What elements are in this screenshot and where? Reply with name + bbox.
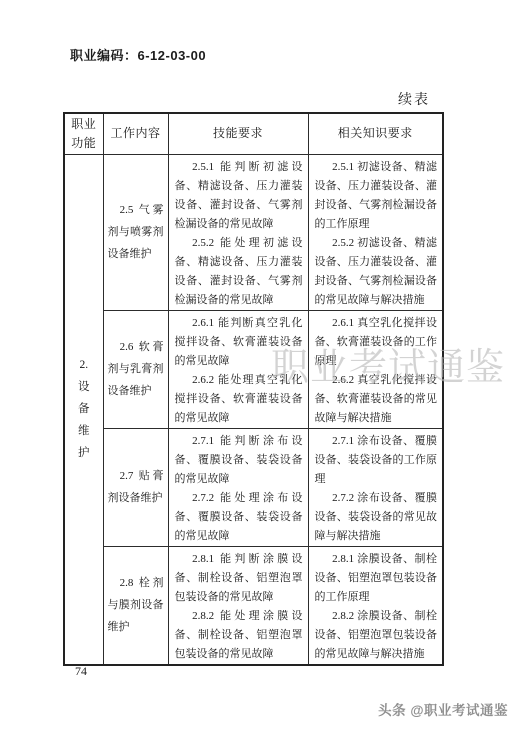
- col-header-skill-requirements: 技能要求: [168, 113, 308, 154]
- knowledge-item: 2.8.2 涂膜设备、制栓设备、铝塑泡罩包装设备的常见故障与解决措施: [315, 607, 438, 664]
- knowledge-cell: 2.8.1 涂膜设备、制栓设备、铝塑泡罩包装设备的工作原理 2.8.2 涂膜设备…: [308, 546, 443, 665]
- continued-table-label: 续表: [398, 89, 430, 109]
- skills-cell: 2.5.1 能判断初滤设备、精滤设备、压力灌装设备、灌封设备、气雾剂检漏设备的常…: [168, 154, 308, 310]
- function-cell: 2. 设备维护: [64, 154, 103, 665]
- skill-item: 2.8.1 能判断涂膜设备、制栓设备、铝塑泡罩包装设备的常见故障: [175, 550, 303, 607]
- col-header-work-content: 工作内容: [103, 113, 168, 154]
- skill-item: 2.7.2 能处理涂布设备、覆膜设备、装袋设备的常见故障: [175, 489, 303, 546]
- skills-cell: 2.7.1 能判断涂布设备、覆膜设备、装袋设备的常见故障 2.7.2 能处理涂布…: [168, 428, 308, 546]
- skills-cell: 2.8.1 能判断涂膜设备、制栓设备、铝塑泡罩包装设备的常见故障 2.8.2 能…: [168, 546, 308, 665]
- table-row: 2.8 栓剂与膜剂设备维护 2.8.1 能判断涂膜设备、制栓设备、铝塑泡罩包装设…: [64, 546, 443, 665]
- footer-watermark: 头条 @职业考试通鉴: [378, 699, 508, 719]
- knowledge-cell: 2.5.1 初滤设备、精滤设备、压力灌装设备、灌封设备、气雾剂检漏设备的工作原理…: [308, 154, 443, 310]
- work-content-cell: 2.7 贴膏剂设备维护: [103, 428, 168, 546]
- knowledge-item: 2.7.2 涂布设备、覆膜设备、装袋设备的常见故障与解决措施: [315, 489, 438, 546]
- skill-item: 2.5.2 能处理初滤设备、精滤设备、压力灌装设备、灌封设备、气雾剂检漏设备的常…: [175, 234, 303, 310]
- skill-item: 2.7.1 能判断涂布设备、覆膜设备、装袋设备的常见故障: [175, 432, 303, 489]
- knowledge-item: 2.5.1 初滤设备、精滤设备、压力灌装设备、灌封设备、气雾剂检漏设备的工作原理: [315, 158, 438, 234]
- document-page: 职业编码：6-12-03-00 续表 职业功能 工作内容 技能要求 相关知识要求…: [0, 0, 520, 729]
- occupation-code: 职业编码：6-12-03-00: [70, 45, 206, 64]
- table-row: 2. 设备维护 2.5 气雾剂与喷雾剂设备维护 2.5.1 能判断初滤设备、精滤…: [64, 154, 443, 310]
- col-header-knowledge-requirements: 相关知识要求: [308, 113, 443, 154]
- knowledge-item: 2.5.2 初滤设备、精滤设备、压力灌装设备、灌封设备、气雾剂检漏设备的常见故障…: [315, 234, 438, 310]
- skill-item: 2.6.2 能处理真空乳化搅拌设备、软膏灌装设备的常见故障: [175, 371, 303, 428]
- work-content-cell: 2.8 栓剂与膜剂设备维护: [103, 546, 168, 665]
- table-header-row: 职业功能 工作内容 技能要求 相关知识要求: [64, 113, 443, 154]
- knowledge-item: 2.8.1 涂膜设备、制栓设备、铝塑泡罩包装设备的工作原理: [315, 550, 438, 607]
- knowledge-cell: 2.6.1 真空乳化搅拌设备、软膏灌装设备的工作原理 2.6.2 真空乳化搅拌设…: [308, 310, 443, 428]
- table-row: 2.7 贴膏剂设备维护 2.7.1 能判断涂布设备、覆膜设备、装袋设备的常见故障…: [64, 428, 443, 546]
- skill-item: 2.5.1 能判断初滤设备、精滤设备、压力灌装设备、灌封设备、气雾剂检漏设备的常…: [175, 158, 303, 234]
- skill-item: 2.6.1 能判断真空乳化搅拌设备、软膏灌装设备的常见故障: [175, 314, 303, 371]
- page-number: 74: [75, 664, 87, 679]
- skill-item: 2.8.2 能处理涂膜设备、制栓设备、铝塑泡罩包装设备的常见故障: [175, 607, 303, 664]
- function-label: 2. 设备维护: [77, 354, 91, 464]
- knowledge-item: 2.7.1 涂布设备、覆膜设备、装袋设备的工作原理: [315, 432, 438, 489]
- skills-cell: 2.6.1 能判断真空乳化搅拌设备、软膏灌装设备的常见故障 2.6.2 能处理真…: [168, 310, 308, 428]
- knowledge-cell: 2.7.1 涂布设备、覆膜设备、装袋设备的工作原理 2.7.2 涂布设备、覆膜设…: [308, 428, 443, 546]
- knowledge-item: 2.6.2 真空乳化搅拌设备、软膏灌装设备的常见故障与解决措施: [315, 371, 438, 428]
- table-row: 2.6 软膏剂与乳膏剂设备维护 2.6.1 能判断真空乳化搅拌设备、软膏灌装设备…: [64, 310, 443, 428]
- work-content-cell: 2.5 气雾剂与喷雾剂设备维护: [103, 154, 168, 310]
- requirements-table: 职业功能 工作内容 技能要求 相关知识要求 2. 设备维护 2.5 气雾剂与喷雾…: [63, 112, 444, 666]
- work-content-cell: 2.6 软膏剂与乳膏剂设备维护: [103, 310, 168, 428]
- col-header-occupational-function: 职业功能: [64, 113, 103, 154]
- knowledge-item: 2.6.1 真空乳化搅拌设备、软膏灌装设备的工作原理: [315, 314, 438, 371]
